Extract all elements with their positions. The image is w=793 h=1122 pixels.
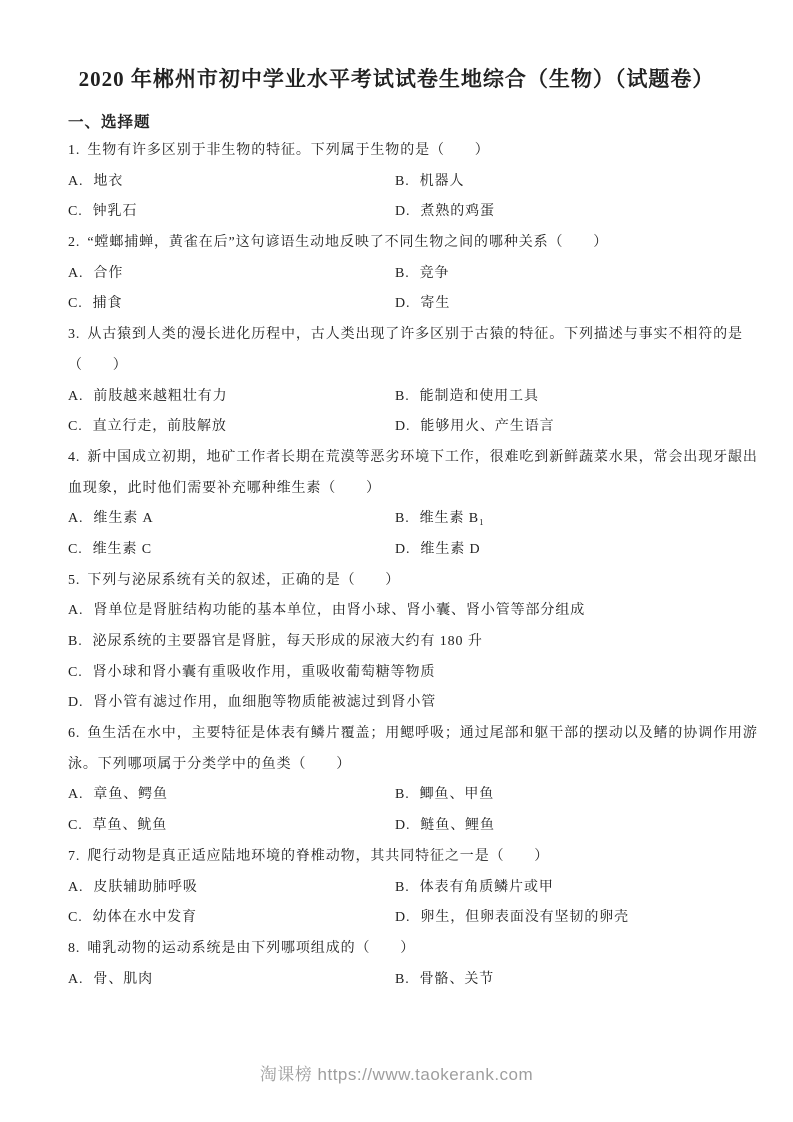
option-text: 能制造和使用工具 [420, 389, 539, 404]
option-text: 维生素 D [420, 542, 480, 557]
option-c: C.幼体在水中发育 [68, 903, 395, 934]
options-grid: A.皮肤辅助肺呼吸 B.体表有角质鳞片或甲 C.幼体在水中发育 D.卵生，但卵表… [68, 873, 725, 934]
option-b: B.体表有角质鳞片或甲 [395, 873, 725, 904]
question-stem: 4.新中国成立初期，地矿工作者长期在荒漠等恶劣环境下工作，很难吃到新鲜蔬菜水果，… [68, 443, 725, 474]
options-grid: A.骨、肌肉 B.骨骼、关节 [68, 965, 725, 996]
option-b: B.维生素 B₁ [395, 504, 725, 535]
option-b: B.机器人 [395, 167, 725, 198]
options-grid: A.前肢越来越粗壮有力 B.能制造和使用工具 C.直立行走，前肢解放 D.能够用… [68, 382, 725, 443]
option-label: D. [395, 818, 410, 833]
options-grid: A.章鱼、鳄鱼 B.鲫鱼、甲鱼 C.草鱼、鱿鱼 D.鲢鱼、鲤鱼 [68, 780, 725, 841]
question-number: 2. [68, 235, 80, 250]
question-stem: 2.“螳螂捕蝉，黄雀在后”这句谚语生动地反映了不同生物之间的哪种关系（ ） [68, 228, 725, 259]
option-text: 肾小管有滤过作用，血细胞等物质能被滤过到肾小管 [93, 695, 436, 710]
option-label: D. [395, 910, 410, 925]
question-stem: 3.从古猿到人类的漫长进化历程中，古人类出现了许多区别于古猿的特征。下列描述与事… [68, 320, 725, 351]
option-text: 体表有角质鳞片或甲 [420, 880, 554, 895]
question-stem-text: 鱼生活在水中，主要特征是体表有鳞片覆盖；用鳃呼吸；通过尾部和躯干部的摆动以及鳍的… [87, 726, 758, 741]
option-a: A.地衣 [68, 167, 395, 198]
option-b: B.骨骼、关节 [395, 965, 725, 996]
option-a: A.维生素 A [68, 504, 395, 535]
option-label: B. [395, 389, 410, 404]
option-label: A. [68, 389, 83, 404]
question-stem: 1.生物有许多区别于非生物的特征。下列属于生物的是（ ） [68, 136, 725, 167]
question-number: 8. [68, 941, 80, 956]
option-text: 地衣 [93, 174, 123, 189]
option-label: C. [68, 818, 83, 833]
question-1: 1.生物有许多区别于非生物的特征。下列属于生物的是（ ） A.地衣 B.机器人 … [68, 136, 725, 228]
exam-document: 2020 年郴州市初中学业水平考试试卷生地综合（生物）（试题卷） 一、选择题 1… [0, 0, 793, 995]
option-text: 草鱼、鱿鱼 [93, 818, 168, 833]
option-label: A. [68, 511, 83, 526]
option-c: C.钟乳石 [68, 197, 395, 228]
question-stem-text: 新中国成立初期，地矿工作者长期在荒漠等恶劣环境下工作，很难吃到新鲜蔬菜水果，常会… [87, 450, 758, 465]
option-c: C.直立行走，前肢解放 [68, 412, 395, 443]
option-label: D. [395, 296, 410, 311]
option-text: 皮肤辅助肺呼吸 [93, 880, 197, 895]
option-label: A. [68, 603, 83, 618]
question-stem-continued: （ ） [68, 351, 725, 382]
question-stem-text: 泳。下列哪项属于分类学中的鱼类（ ） [68, 757, 351, 772]
option-label: A. [68, 787, 83, 802]
option-text: 维生素 C [93, 542, 152, 557]
option-a: A.皮肤辅助肺呼吸 [68, 873, 395, 904]
option-text: 合作 [93, 266, 123, 281]
option-label: D. [395, 542, 410, 557]
option-label: B. [395, 972, 410, 987]
options-grid: A.合作 B.竞争 C.捕食 D.寄生 [68, 259, 725, 320]
option-d: D.卵生，但卵表面没有坚韧的卵壳 [395, 903, 725, 934]
option-text: 骨骼、关节 [420, 972, 495, 987]
option-label: B. [68, 634, 83, 649]
question-7: 7.爬行动物是真正适应陆地环境的脊椎动物，其共同特征之一是（ ） A.皮肤辅助肺… [68, 842, 725, 934]
option-c: C.肾小球和肾小囊有重吸收作用，重吸收葡萄糖等物质 [68, 658, 725, 689]
option-a: A.前肢越来越粗壮有力 [68, 382, 395, 413]
option-text: 幼体在水中发育 [93, 910, 197, 925]
option-b: B.能制造和使用工具 [395, 382, 725, 413]
option-label: C. [68, 910, 83, 925]
question-stem: 5.下列与泌尿系统有关的叙述，正确的是（ ） [68, 566, 725, 597]
option-text: 肾单位是肾脏结构功能的基本单位，由肾小球、肾小囊、肾小管等部分组成 [93, 603, 585, 618]
question-3: 3.从古猿到人类的漫长进化历程中，古人类出现了许多区别于古猿的特征。下列描述与事… [68, 320, 725, 443]
option-label: A. [68, 174, 83, 189]
question-stem: 8.哺乳动物的运动系统是由下列哪项组成的（ ） [68, 934, 725, 965]
option-b: B.竞争 [395, 259, 725, 290]
option-text: 能够用火、产生语言 [420, 419, 554, 434]
question-number: 1. [68, 143, 80, 158]
option-text: 骨、肌肉 [93, 972, 153, 987]
option-label: B. [395, 174, 410, 189]
option-c: C.捕食 [68, 289, 395, 320]
option-text: 前肢越来越粗壮有力 [93, 389, 227, 404]
option-d: D.鲢鱼、鲤鱼 [395, 811, 725, 842]
option-text: 竞争 [420, 266, 450, 281]
option-text: 卵生，但卵表面没有坚韧的卵壳 [420, 910, 629, 925]
question-stem-text: 血现象，此时他们需要补充哪种维生素（ ） [68, 481, 381, 496]
page-title: 2020 年郴州市初中学业水平考试试卷生地综合（生物）（试题卷） [68, 0, 725, 94]
option-text: 维生素 A [93, 511, 153, 526]
option-text: 鲢鱼、鲤鱼 [420, 818, 495, 833]
option-text: 维生素 B₁ [420, 511, 485, 526]
option-label: C. [68, 665, 83, 680]
option-text: 泌尿系统的主要器官是肾脏，每天形成的尿液大约有 180 升 [93, 634, 483, 649]
option-label: D. [395, 419, 410, 434]
option-d: D.维生素 D [395, 535, 725, 566]
question-stem-text: 生物有许多区别于非生物的特征。下列属于生物的是（ ） [87, 143, 489, 158]
question-stem: 7.爬行动物是真正适应陆地环境的脊椎动物，其共同特征之一是（ ） [68, 842, 725, 873]
question-number: 4. [68, 450, 80, 465]
question-number: 3. [68, 327, 80, 342]
option-label: D. [395, 204, 410, 219]
question-number: 6. [68, 726, 80, 741]
option-label: C. [68, 419, 83, 434]
option-label: B. [395, 787, 410, 802]
option-d: D.煮熟的鸡蛋 [395, 197, 725, 228]
question-stem: 6.鱼生活在水中，主要特征是体表有鳞片覆盖；用鳃呼吸；通过尾部和躯干部的摆动以及… [68, 719, 725, 750]
question-stem-text: 哺乳动物的运动系统是由下列哪项组成的（ ） [87, 941, 415, 956]
question-stem-text: 从古猿到人类的漫长进化历程中，古人类出现了许多区别于古猿的特征。下列描述与事实不… [87, 327, 743, 342]
watermark: 淘课榜 https://www.taokerank.com [0, 1062, 793, 1088]
option-text: 章鱼、鳄鱼 [93, 787, 168, 802]
option-label: A. [68, 880, 83, 895]
option-label: C. [68, 542, 83, 557]
option-c: C.维生素 C [68, 535, 395, 566]
option-text: 捕食 [93, 296, 123, 311]
option-text: 机器人 [420, 174, 465, 189]
section-heading: 一、选择题 [68, 110, 725, 136]
question-2: 2.“螳螂捕蝉，黄雀在后”这句谚语生动地反映了不同生物之间的哪种关系（ ） A.… [68, 228, 725, 320]
question-stem-text: （ ） [68, 358, 128, 373]
option-label: B. [395, 266, 410, 281]
option-a: A.骨、肌肉 [68, 965, 395, 996]
question-stem-text: 爬行动物是真正适应陆地环境的脊椎动物，其共同特征之一是（ ） [87, 849, 549, 864]
question-stem-text: 下列与泌尿系统有关的叙述，正确的是（ ） [87, 573, 400, 588]
question-6: 6.鱼生活在水中，主要特征是体表有鳞片覆盖；用鳃呼吸；通过尾部和躯干部的摆动以及… [68, 719, 725, 842]
option-c: C.草鱼、鱿鱼 [68, 811, 395, 842]
question-stem-continued: 泳。下列哪项属于分类学中的鱼类（ ） [68, 750, 725, 781]
option-text: 钟乳石 [93, 204, 138, 219]
option-label: A. [68, 972, 83, 987]
option-d: D.肾小管有滤过作用，血细胞等物质能被滤过到肾小管 [68, 688, 725, 719]
question-stem-continued: 血现象，此时他们需要补充哪种维生素（ ） [68, 474, 725, 505]
option-text: 寄生 [420, 296, 450, 311]
options-grid: A.地衣 B.机器人 C.钟乳石 D.煮熟的鸡蛋 [68, 167, 725, 228]
option-label: B. [395, 880, 410, 895]
option-b: B.鲫鱼、甲鱼 [395, 780, 725, 811]
question-8: 8.哺乳动物的运动系统是由下列哪项组成的（ ） A.骨、肌肉 B.骨骼、关节 [68, 934, 725, 995]
question-number: 5. [68, 573, 80, 588]
option-a: A.肾单位是肾脏结构功能的基本单位，由肾小球、肾小囊、肾小管等部分组成 [68, 596, 725, 627]
option-label: D. [68, 695, 83, 710]
option-label: A. [68, 266, 83, 281]
option-text: 煮熟的鸡蛋 [420, 204, 495, 219]
options-grid: A.维生素 A B.维生素 B₁ C.维生素 C D.维生素 D [68, 504, 725, 565]
option-a: A.合作 [68, 259, 395, 290]
option-a: A.章鱼、鳄鱼 [68, 780, 395, 811]
option-b: B.泌尿系统的主要器官是肾脏，每天形成的尿液大约有 180 升 [68, 627, 725, 658]
option-d: D.寄生 [395, 289, 725, 320]
option-d: D.能够用火、产生语言 [395, 412, 725, 443]
option-label: C. [68, 204, 83, 219]
question-stem-text: “螳螂捕蝉，黄雀在后”这句谚语生动地反映了不同生物之间的哪种关系（ ） [87, 235, 608, 250]
question-4: 4.新中国成立初期，地矿工作者长期在荒漠等恶劣环境下工作，很难吃到新鲜蔬菜水果，… [68, 443, 725, 566]
option-text: 肾小球和肾小囊有重吸收作用，重吸收葡萄糖等物质 [93, 665, 436, 680]
option-text: 直立行走，前肢解放 [93, 419, 227, 434]
option-label: B. [395, 511, 410, 526]
option-label: C. [68, 296, 83, 311]
option-text: 鲫鱼、甲鱼 [420, 787, 495, 802]
question-5: 5.下列与泌尿系统有关的叙述，正确的是（ ） A.肾单位是肾脏结构功能的基本单位… [68, 566, 725, 719]
question-number: 7. [68, 849, 80, 864]
